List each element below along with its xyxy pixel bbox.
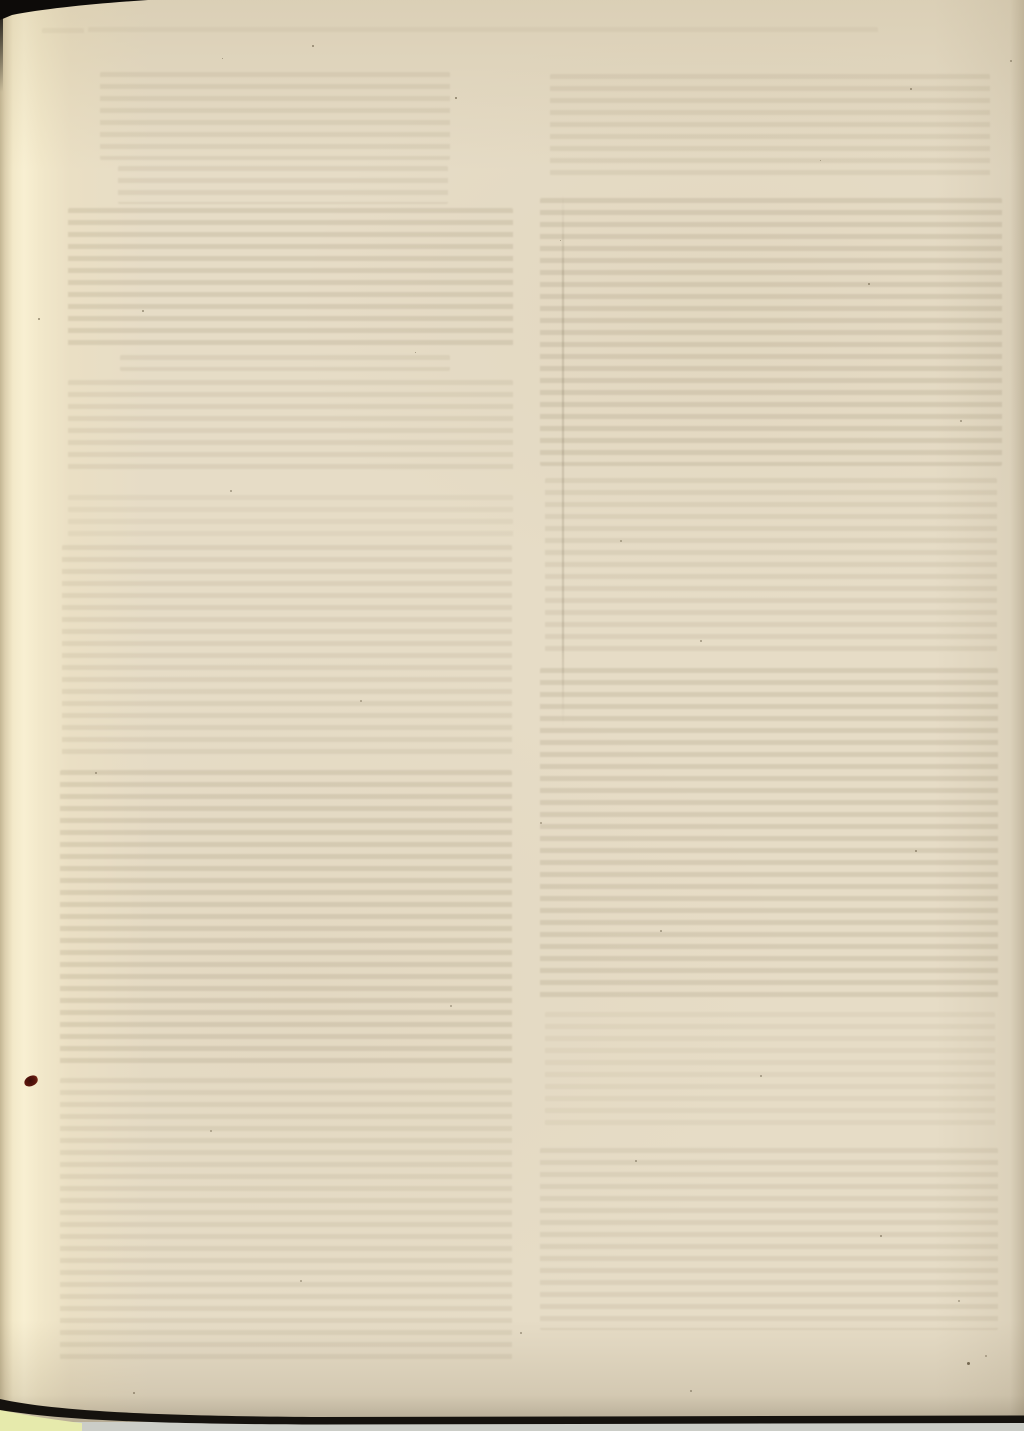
foxing-speck [985, 1355, 987, 1357]
spine-wedge-icon [0, 0, 160, 22]
foxing-speck [415, 352, 416, 353]
foxing-speck [312, 45, 314, 47]
ghost-text-block [540, 1148, 998, 1330]
foxing-speck [230, 490, 232, 492]
foxing-speck [958, 1300, 960, 1302]
foxing-speck [660, 930, 662, 932]
foxing-speck [760, 1075, 762, 1077]
ghost-text-block [88, 27, 878, 39]
ghost-text-block [545, 1012, 995, 1130]
foxing-speck [967, 1362, 970, 1365]
ghost-text-block [68, 495, 513, 539]
ghost-text-block [545, 478, 997, 656]
spine-edge-shadow [0, 12, 3, 92]
foxing-speck [1010, 60, 1012, 62]
foxing-speck [300, 1280, 302, 1282]
ghost-text-block [540, 198, 1002, 466]
ghost-text-block [42, 28, 84, 38]
ghost-text-block [68, 380, 513, 472]
foxing-speck [520, 1332, 522, 1334]
foxing-speck [635, 1160, 637, 1162]
ghost-text-block [118, 166, 448, 204]
foxing-speck [700, 640, 702, 642]
ghost-text-block [540, 668, 998, 998]
ghost-text-block [60, 770, 512, 1070]
ghost-text-block [68, 208, 513, 346]
foxing-speck [560, 240, 561, 241]
foxing-speck [360, 700, 362, 702]
foxing-speck [960, 420, 962, 422]
ghost-text-block [62, 545, 512, 757]
foxing-speck [868, 283, 870, 285]
foxing-speck [210, 1130, 212, 1132]
foxing-speck [910, 88, 912, 90]
ghost-text-block [60, 1078, 512, 1360]
foxing-speck [620, 540, 622, 542]
ghost-text-block [100, 72, 450, 160]
ghost-text-block [120, 355, 450, 371]
foxing-speck [95, 772, 97, 774]
foxing-speck [222, 58, 223, 59]
ghost-text-block [550, 74, 990, 182]
bottom-edge-shadow [0, 1386, 1024, 1431]
crease-line [562, 195, 564, 725]
foxing-speck [455, 97, 457, 99]
foxing-speck [38, 318, 40, 320]
scan-page [0, 0, 1024, 1431]
foxing-speck [540, 822, 542, 824]
foxing-speck [142, 310, 144, 312]
foxing-speck [880, 1235, 882, 1237]
foxing-speck [450, 1005, 452, 1007]
foxing-speck [820, 160, 821, 161]
foxing-speck [915, 850, 917, 852]
